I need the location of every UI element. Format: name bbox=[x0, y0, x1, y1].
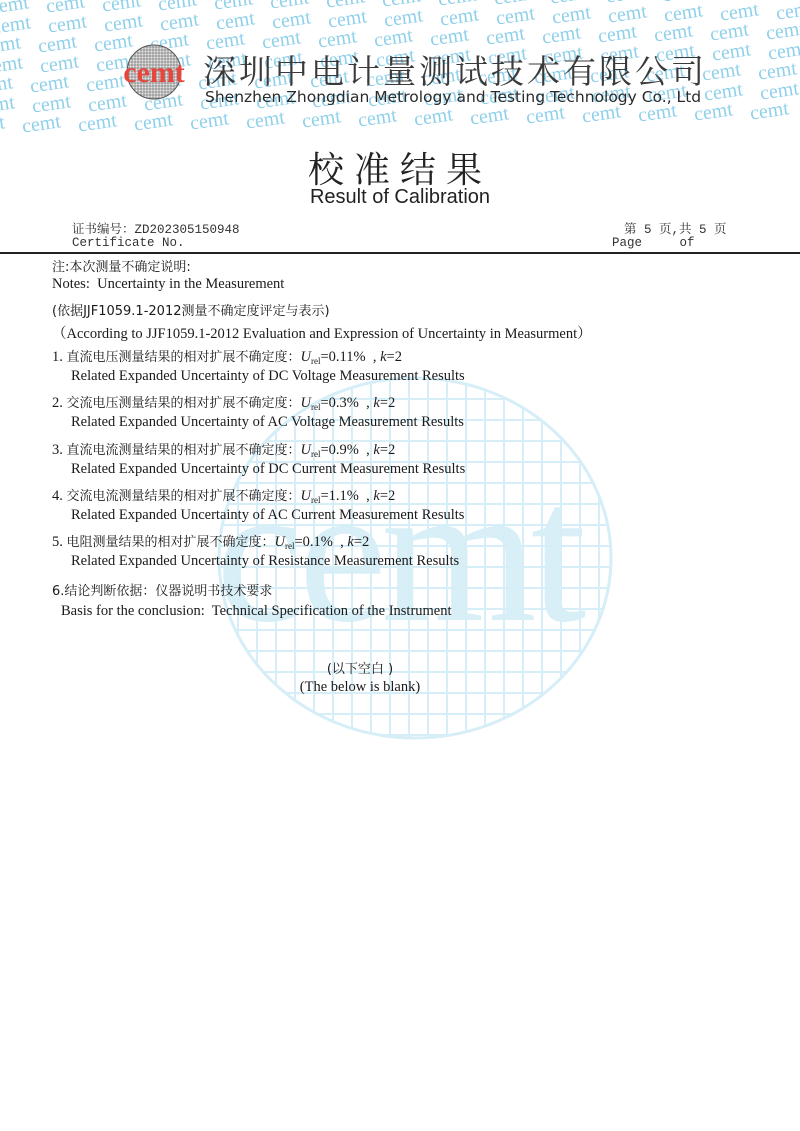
uncertainty-subscript: rel bbox=[311, 402, 321, 412]
item-number: 2. bbox=[52, 395, 63, 411]
watermark-tile: cemt bbox=[133, 108, 175, 135]
conclusion-basis-en: Basis for the conclusion: Technical Spec… bbox=[61, 603, 452, 620]
watermark-tile: cemt bbox=[77, 109, 119, 135]
certificate-label-en: Certificate No. bbox=[72, 236, 185, 250]
page-title-en: Result of Calibration bbox=[0, 186, 800, 209]
watermark-tile: cemt bbox=[749, 97, 791, 125]
uncertainty-subscript: rel bbox=[311, 449, 321, 459]
item-label-cn: 电阻测量结果的相对扩展不确定度： bbox=[67, 535, 275, 550]
company-logo: cemt bbox=[112, 42, 197, 102]
coverage-factor-value: =2 bbox=[380, 442, 395, 458]
uncertainty-symbol: U bbox=[301, 349, 311, 365]
uncertainty-subscript: rel bbox=[311, 356, 321, 366]
uncertainty-value: =0.1% bbox=[295, 534, 333, 550]
uncertainty-item: 4. 交流电流测量结果的相对扩展不确定度：Urel=1.1% , k=2 bbox=[52, 485, 395, 505]
coverage-factor-value: =2 bbox=[380, 488, 395, 504]
coverage-factor-value: =2 bbox=[387, 349, 402, 365]
header-divider bbox=[0, 252, 800, 254]
watermark-tile: cemt bbox=[469, 102, 511, 130]
notes-basis-cn: (依据JJF1059.1-2012测量不确定度评定与表示) bbox=[52, 300, 330, 319]
page-indicator-en: Page of bbox=[612, 236, 695, 250]
uncertainty-value: =0.11% bbox=[321, 349, 366, 365]
certificate-label-cn: 证书编号： bbox=[72, 223, 135, 237]
notes-heading-en: Notes: Uncertainty in the Measurement bbox=[52, 276, 284, 293]
company-name-en: Shenzhen Zhongdian Metrology and Testing… bbox=[205, 88, 701, 106]
uncertainty-item: 3. 直流电流测量结果的相对扩展不确定度：Urel=0.9% , k=2 bbox=[52, 439, 395, 459]
item-label-en: Related Expanded Uncertainty of Resistan… bbox=[71, 553, 459, 570]
certificate-number: 证书编号：ZD202305150948 bbox=[72, 219, 240, 237]
item-label-cn: 直流电流测量结果的相对扩展不确定度： bbox=[67, 443, 301, 458]
watermark-tile: cemt bbox=[189, 107, 231, 135]
uncertainty-symbol: U bbox=[275, 534, 285, 550]
watermark-tile: cemt bbox=[413, 103, 455, 131]
item-label-cn: 交流电压测量结果的相对扩展不确定度： bbox=[67, 396, 301, 411]
uncertainty-value: =1.1% bbox=[321, 488, 359, 504]
item-label-en: Related Expanded Uncertainty of AC Volta… bbox=[71, 414, 464, 431]
item-label-en: Related Expanded Uncertainty of DC Volta… bbox=[71, 368, 465, 385]
uncertainty-subscript: rel bbox=[285, 541, 295, 551]
watermark-tile: cemt bbox=[21, 110, 63, 135]
item-number: 4. bbox=[52, 488, 63, 504]
certificate-number-value: ZD202305150948 bbox=[135, 223, 240, 237]
page-indicator-cn: 第 5 页,共 5 页 bbox=[624, 219, 727, 237]
blank-notice-en: (The below is blank) bbox=[0, 679, 720, 696]
watermark-tile: cemt bbox=[357, 104, 399, 132]
item-number: 3. bbox=[52, 442, 63, 458]
item-label-cn: 直流电压测量结果的相对扩展不确定度： bbox=[67, 350, 301, 365]
item-number: 5. bbox=[52, 534, 63, 550]
uncertainty-value: =0.9% bbox=[321, 442, 359, 458]
uncertainty-symbol: U bbox=[301, 488, 311, 504]
item-label-en: Related Expanded Uncertainty of DC Curre… bbox=[71, 461, 465, 478]
notes-heading-cn: 注:本次测量不确定说明: bbox=[52, 256, 191, 275]
uncertainty-item: 1. 直流电压测量结果的相对扩展不确定度：Urel=0.11% , k=2 bbox=[52, 346, 402, 366]
svg-text:cemt: cemt bbox=[123, 56, 185, 89]
company-name-cn: 深圳中电计量测试技术有限公司 bbox=[203, 46, 707, 93]
blank-notice-cn: (以下空白 ) bbox=[0, 658, 720, 677]
uncertainty-item: 5. 电阻测量结果的相对扩展不确定度：Urel=0.1% , k=2 bbox=[52, 531, 369, 551]
notes-basis-en: （According to JJF1059.1-2012 Evaluation … bbox=[52, 322, 592, 343]
coverage-factor-value: =2 bbox=[354, 534, 369, 550]
coverage-factor-value: =2 bbox=[380, 395, 395, 411]
watermark-tile: cemt bbox=[245, 106, 287, 134]
watermark-tile: cemt bbox=[301, 105, 343, 133]
uncertainty-subscript: rel bbox=[311, 495, 321, 505]
uncertainty-item: 2. 交流电压测量结果的相对扩展不确定度：Urel=0.3% , k=2 bbox=[52, 392, 395, 412]
item-number: 1. bbox=[52, 349, 63, 365]
uncertainty-symbol: U bbox=[301, 395, 311, 411]
item-label-cn: 交流电流测量结果的相对扩展不确定度： bbox=[67, 489, 301, 504]
uncertainty-symbol: U bbox=[301, 442, 311, 458]
uncertainty-value: =0.3% bbox=[321, 395, 359, 411]
conclusion-basis-cn: 6.结论判断依据：仪器说明书技术要求 bbox=[52, 580, 272, 599]
item-label-en: Related Expanded Uncertainty of AC Curre… bbox=[71, 507, 464, 524]
